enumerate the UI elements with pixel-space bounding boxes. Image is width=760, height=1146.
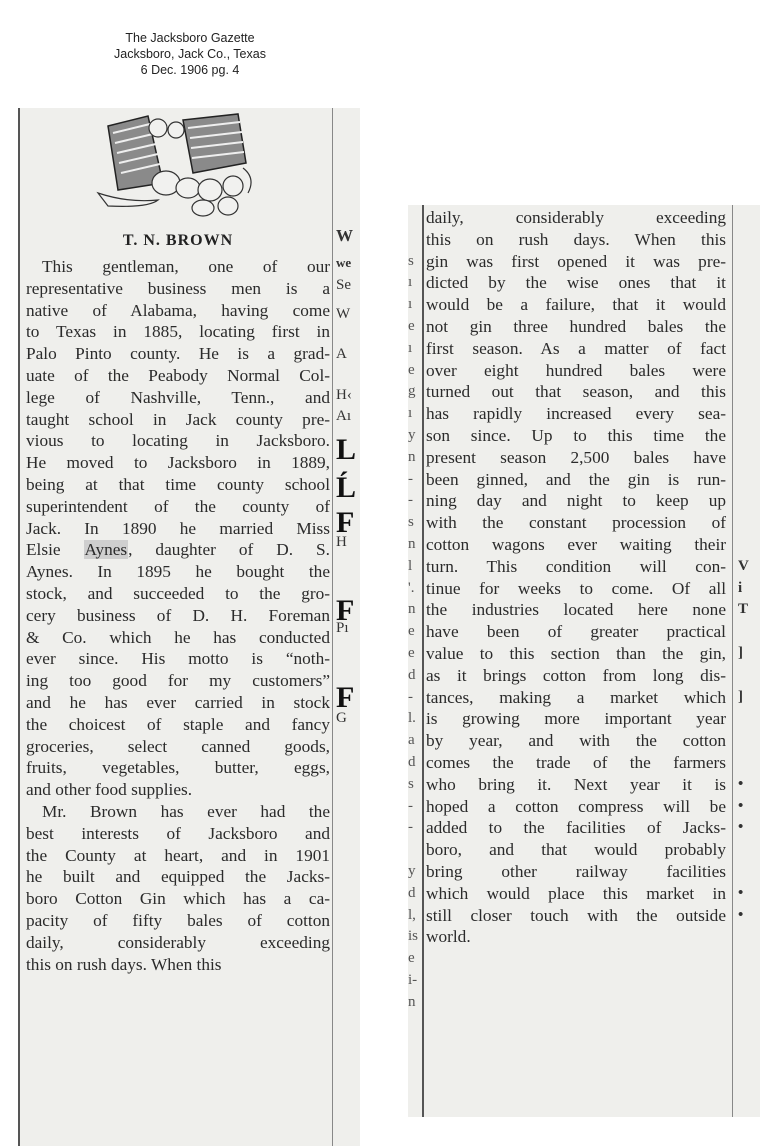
text-line: best interests of Jacksboro and xyxy=(26,823,330,845)
column-fragment: Ĺ xyxy=(336,473,356,503)
text-line: stock, and succeeded to the gro- xyxy=(26,583,330,605)
text-line: world. xyxy=(426,926,726,948)
text-line: who bring it. Next year it is xyxy=(426,774,726,796)
text-line: groceries, select canned goods, xyxy=(26,736,330,758)
column-fragment: H xyxy=(336,532,347,552)
text-line: Elsie Aynes, daughter of D. S. xyxy=(26,539,330,561)
text-line: pacity of fifty bales of cotton xyxy=(26,910,330,932)
column-fragment: W xyxy=(336,304,350,324)
text-line: cotton wagons ever waiting their xyxy=(426,534,726,556)
article-heading: T. N. BROWN xyxy=(26,232,330,250)
text-line: hoped a cotton compress will be xyxy=(426,796,726,818)
text-line: the choicest of staple and fancy xyxy=(26,714,330,736)
column-fragment: W xyxy=(336,226,353,246)
text-line: value to this section than the gin, xyxy=(426,643,726,665)
publication-name: The Jacksboro Gazette xyxy=(60,30,320,46)
text-line: present season 2,500 bales have xyxy=(426,447,726,469)
column-fragment: G xyxy=(336,708,347,728)
text-line: this on rush days. When this xyxy=(26,954,330,976)
adjacent-column-fragments-left: s ı ı e ı e g ı y n - - s n l '. n e e d… xyxy=(408,207,420,1013)
text-line: been ginned, and the gin is run- xyxy=(426,469,726,491)
text-line: daily, considerably exceeding xyxy=(426,207,726,229)
text-line: being at that time county school xyxy=(26,474,330,496)
text-line: first season. As a matter of fact xyxy=(426,338,726,360)
text-line: tinue for weeks to come. Of all xyxy=(426,578,726,600)
text-line: as it brings cotton from long dis- xyxy=(426,665,726,687)
column-fragment: Aı xyxy=(336,406,351,426)
text-line: daily, considerably exceeding xyxy=(26,932,330,954)
text-line: vious to locating in Jacksboro. xyxy=(26,430,330,452)
column-fragment: H‹ xyxy=(336,385,352,405)
text-line: to Texas in 1885, locating first in xyxy=(26,321,330,343)
text-line: native of Alabama, having come xyxy=(26,300,330,322)
text-line: ing too good for my customers” xyxy=(26,670,330,692)
text-line: Mr. Brown has ever had the xyxy=(26,801,330,823)
column-fragment: Pı xyxy=(336,618,349,638)
text-line: boro, and that would probably xyxy=(426,839,726,861)
text-line: has rapidly increased every sea- xyxy=(426,403,726,425)
text-line: son since. Up to this time the xyxy=(426,425,726,447)
column-fragment: Se xyxy=(336,275,351,295)
article-body-right: daily, considerably exceedingthis on rus… xyxy=(426,207,726,948)
text-line: would be a failure, that it would xyxy=(426,294,726,316)
text-line: by year, and with the cotton xyxy=(426,730,726,752)
text-line: superintendent of the county of xyxy=(26,496,330,518)
text-line: comes the trade of the farmers xyxy=(426,752,726,774)
text-line: the County at heart, and in 1901 xyxy=(26,845,330,867)
publication-date-page: 6 Dec. 1906 pg. 4 xyxy=(60,62,320,78)
text-line: Palo Pinto county. He is a grad- xyxy=(26,343,330,365)
adjacent-column-fragments-right: V i Т ] ] • • • • • xyxy=(738,207,758,926)
publication-location: Jacksboro, Jack Co., Texas xyxy=(60,46,320,62)
column-fragment: we xyxy=(336,253,351,273)
text-line: which would place this market in xyxy=(426,883,726,905)
text-line: with the constant procession of xyxy=(426,512,726,534)
text-line: boro Cotton Gin which has a ca- xyxy=(26,888,330,910)
text-line: representative business men is a xyxy=(26,278,330,300)
text-line: this on rush days. When this xyxy=(426,229,726,251)
text-line: cery business of D. H. Foreman xyxy=(26,605,330,627)
article-body-left: This gentleman, one of ourrepresentative… xyxy=(26,256,330,975)
text-line: He moved to Jacksboro in 1889, xyxy=(26,452,330,474)
text-line: Aynes. In 1895 he bought the xyxy=(26,561,330,583)
text-line: is growing more important year xyxy=(426,708,726,730)
text-line: the industries located here none xyxy=(426,599,726,621)
text-line: still closer touch with the outside xyxy=(426,905,726,927)
text-line: bring other railway facilities xyxy=(426,861,726,883)
column-rule-left xyxy=(18,108,20,1146)
search-highlight: Aynes xyxy=(84,540,129,559)
text-line: and other food supplies. xyxy=(26,779,330,801)
text-line: gin was first opened it was pre- xyxy=(426,251,726,273)
text-line: taught school in Jack county pre- xyxy=(26,409,330,431)
column-rule-right xyxy=(732,205,733,1117)
text-line: ever since. His motto is “noth- xyxy=(26,648,330,670)
text-line: have been of greater practical xyxy=(426,621,726,643)
text-line: lege of Nashville, Tenn., and xyxy=(26,387,330,409)
column-rule-left xyxy=(422,205,424,1117)
text-line: This gentleman, one of our xyxy=(26,256,330,278)
column-rule-right xyxy=(332,108,333,1146)
article-clipping-left: T. N. BROWN This gentleman, one of ourre… xyxy=(18,108,360,1146)
text-line: uate of the Peabody Normal Col- xyxy=(26,365,330,387)
text-line: and he has ever carried in stock xyxy=(26,692,330,714)
column-fragment: L xyxy=(336,435,356,465)
column-fragment: A xyxy=(336,344,347,364)
text-line: he built and equipped the Jacks- xyxy=(26,866,330,888)
citation-header: The Jacksboro Gazette Jacksboro, Jack Co… xyxy=(60,30,320,78)
article-clipping-right: s ı ı e ı e g ı y n - - s n l '. n e e d… xyxy=(408,205,760,1117)
text-line: & Co. which he has conducted xyxy=(26,627,330,649)
text-line: dicted by the wise ones that it xyxy=(426,272,726,294)
text-line: not gin three hundred bales the xyxy=(426,316,726,338)
grocery-baskets-illustration-icon xyxy=(88,108,258,218)
text-line: tances, making a market which xyxy=(426,687,726,709)
text-line: over eight hundred bales were xyxy=(426,360,726,382)
text-line: Jack. In 1890 he married Miss xyxy=(26,518,330,540)
text-line: turn. This condition will con- xyxy=(426,556,726,578)
text-line: added to the facilities of Jacks- xyxy=(426,817,726,839)
text-line: turned out that season, and this xyxy=(426,381,726,403)
text-line: fruits, vegetables, butter, eggs, xyxy=(26,757,330,779)
text-line: ning day and night to keep up xyxy=(426,490,726,512)
